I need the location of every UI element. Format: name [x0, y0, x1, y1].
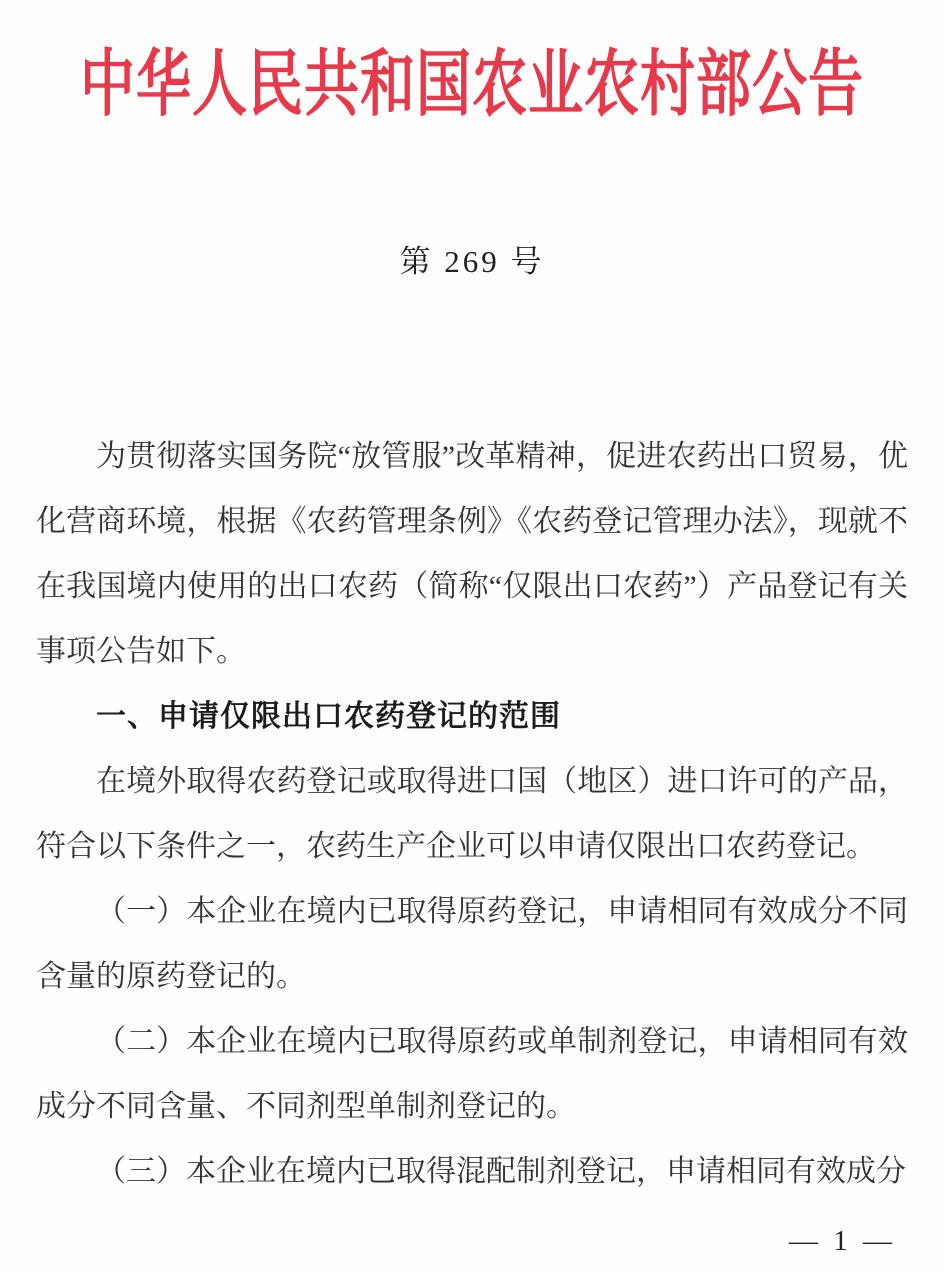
page-number: — 1 — [789, 1225, 896, 1258]
paragraph-intro: 为贯彻落实国务院“放管服”改革精神，促进农药出口贸易，优化营商环境，根据《农药管… [36, 424, 908, 684]
document-number: 第 269 号 [0, 236, 944, 281]
document-title: 中华人民共和国农业农村部公告 [0, 26, 944, 130]
paragraph-item-1: （一）本企业在境内已取得原药登记，申请相同有效成分不同含量的原药登记的。 [36, 879, 908, 1009]
paragraph-item-2: （二）本企业在境内已取得原药或单制剂登记，申请相同有效成分不同含量、不同剂型单制… [36, 1009, 908, 1139]
paragraph-scope: 在境外取得农药登记或取得进口国（地区）进口许可的产品，符合以下条件之一，农药生产… [36, 749, 908, 879]
document-body: 为贯彻落实国务院“放管服”改革精神，促进农药出口贸易，优化营商环境，根据《农药管… [36, 424, 908, 1204]
document-page: 中华人民共和国农业农村部公告 第 269 号 为贯彻落实国务院“放管服”改革精神… [0, 0, 944, 1272]
section-heading-1: 一、申请仅限出口农药登记的范围 [36, 684, 908, 749]
paragraph-item-3: （三）本企业在境内已取得混配制剂登记，申请相同有效成分 [36, 1139, 908, 1204]
